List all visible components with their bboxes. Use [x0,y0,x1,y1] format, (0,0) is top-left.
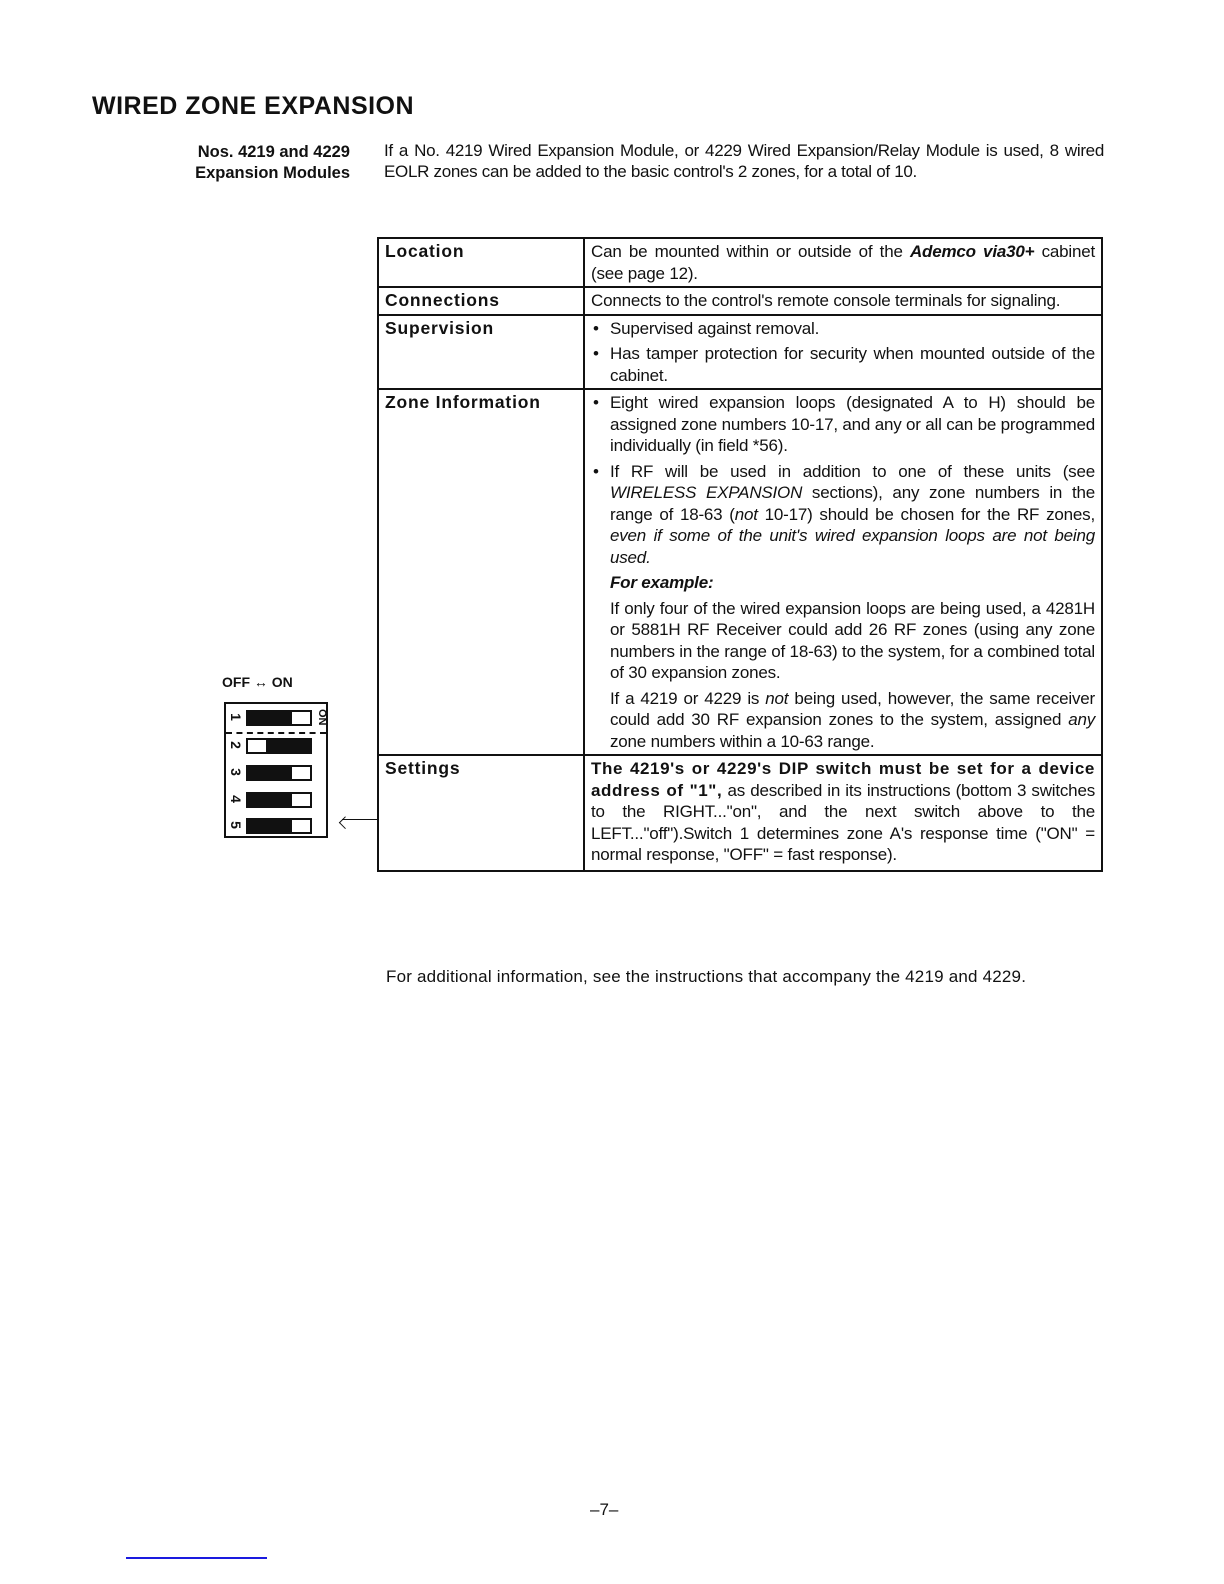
row-label: Location [378,238,584,287]
dip-slot [246,765,312,781]
bullet-item: If RF will be used in addition to one of… [591,461,1095,569]
intro-paragraph: If a No. 4219 Wired Expansion Module, or… [384,140,1104,182]
text: even if some of the unit's wired expansi… [610,526,1095,567]
example-paragraph: If only four of the wired expansion loop… [591,598,1095,684]
dip-switch-figure: ON 12345 [224,702,328,838]
example-heading: For example: [591,572,1095,594]
dip-slot [246,738,312,754]
row-value: Connects to the control's remote console… [584,287,1102,315]
dip-switch-number: 4 [228,792,244,806]
dip-switch-number: 3 [228,765,244,779]
table-row-connections: Connections Connects to the control's re… [378,287,1102,315]
bullet-item: Eight wired expansion loops (designated … [591,392,1095,457]
dip-switch-4: 4 [226,790,326,810]
row-label: Settings [378,755,584,871]
text: If RF will be used in addition to one of… [610,462,1095,481]
dip-switch-number: 2 [228,738,244,752]
side-heading-line-1: Nos. 4219 and 4229 [128,142,350,163]
text: any [1068,710,1095,729]
side-heading: Nos. 4219 and 4229 Expansion Modules [128,142,350,184]
footer-rule [126,1557,267,1559]
text: not [765,689,788,708]
side-heading-line-2: Expansion Modules [128,163,350,184]
row-label: Connections [378,287,584,315]
dip-knob [248,740,266,752]
dip-switch-5: 5 [226,816,326,836]
text: not [735,505,758,524]
row-value: The 4219's or 4229's DIP switch must be … [584,755,1102,871]
text: zone numbers within a 10-63 range. [610,732,874,751]
text: WIRELESS EXPANSION [610,483,802,502]
left-arrow-icon [342,819,378,820]
dip-divider [226,732,326,734]
table-row-location: Location Can be mounted within or outsid… [378,238,1102,287]
dip-switch-2: 2 [226,736,326,756]
page-number: –7– [590,1500,618,1520]
section-title: WIRED ZONE EXPANSION [92,92,414,121]
row-label: Supervision [378,315,584,390]
text: If a 4219 or 4229 is [610,689,765,708]
dip-switch-number: 5 [228,818,244,832]
dip-knob [292,767,310,779]
text: 10-17) should be chosen for the RF zones… [758,505,1095,524]
row-value: Supervised against removal. Has tamper p… [584,315,1102,390]
dip-slot [246,818,312,834]
dip-switch-3: 3 [226,763,326,783]
dip-switch-1: 1 [226,708,326,728]
dip-caption: OFF ↔ ON [222,674,293,690]
dip-slot [246,710,312,726]
footer-note: For additional information, see the inst… [386,966,1104,987]
spec-table: Location Can be mounted within or outsid… [377,237,1103,872]
table-row-zone-information: Zone Information Eight wired expansion l… [378,389,1102,755]
row-value: Eight wired expansion loops (designated … [584,389,1102,755]
row-label: Zone Information [378,389,584,755]
bullet-item: Supervised against removal. [591,318,1095,340]
dip-knob [292,794,310,806]
brand-name: Ademco via30+ [910,242,1034,261]
table-row-settings: Settings The 4219's or 4229's DIP switch… [378,755,1102,871]
dip-knob [292,820,310,832]
table-row-supervision: Supervision Supervised against removal. … [378,315,1102,390]
row-value: Can be mounted within or outside of the … [584,238,1102,287]
example-paragraph: If a 4219 or 4229 is not being used, how… [591,688,1095,753]
dip-knob [292,712,310,724]
bullet-item: Has tamper protection for security when … [591,343,1095,386]
dip-slot [246,792,312,808]
text: Can be mounted within or outside of the [591,242,910,261]
dip-switch-number: 1 [228,710,244,724]
